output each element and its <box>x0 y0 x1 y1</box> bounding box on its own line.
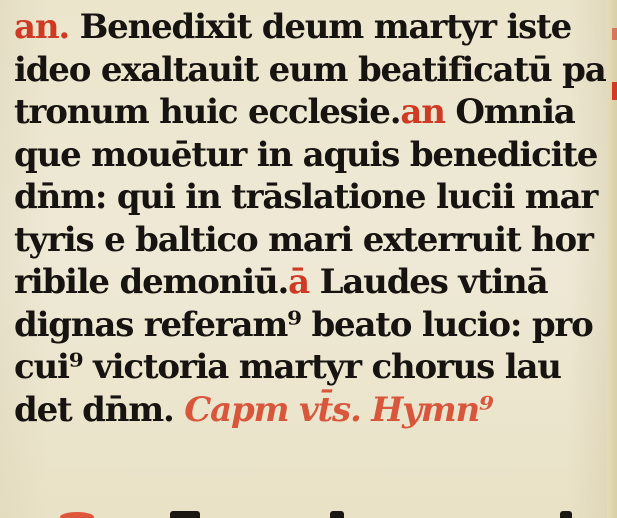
margin-red-mark <box>612 82 617 100</box>
right-margin-edge <box>607 0 617 518</box>
line-text: tronum huic ecclesie. <box>14 92 400 132</box>
blackletter-text-block: an. Benedixit deum martyr iste ideo exal… <box>14 6 594 431</box>
line-text-after: Omnia <box>445 92 575 132</box>
text-line-9: cui⁹ victoria martyr chorus lau <box>14 346 594 389</box>
text-line-7: ribile demoniū.ā Laudes vtinā <box>14 261 594 304</box>
rubric-antiphon-marker: ā <box>288 262 309 302</box>
line-text: ribile demoniū. <box>14 262 288 302</box>
line-text: tyris e baltico mari exterruit hor <box>14 220 593 260</box>
cut-off-next-line <box>0 506 617 518</box>
line-text: cui⁹ victoria martyr chorus lau <box>14 347 561 387</box>
text-line-1: an. Benedixit deum martyr iste <box>14 6 594 49</box>
rubric-heading-capitulum-hymnus: Capm vt̄s. Hymn⁹ <box>174 390 493 430</box>
text-line-3: tronum huic ecclesie.an Omnia <box>14 91 594 134</box>
line-text: Benedixit deum martyr iste <box>69 7 571 47</box>
ink-fragment <box>170 511 200 518</box>
rubric-antiphon-marker: an. <box>14 7 69 47</box>
red-initial-fragment <box>60 512 94 518</box>
line-text-after: Laudes vtinā <box>309 262 547 302</box>
line-text: dn̄m: qui in trāslatione lucii mar <box>14 177 597 217</box>
text-line-2: ideo exaltauit eum beatificatū pa <box>14 49 594 92</box>
scanned-page: an. Benedixit deum martyr iste ideo exal… <box>0 0 617 518</box>
text-line-4: que mouētur in aquis benedicite <box>14 134 594 177</box>
line-text: ideo exaltauit eum beatificatū pa <box>14 50 606 90</box>
line-text: det dn̄m. <box>14 390 174 430</box>
ink-fragment <box>560 511 572 518</box>
text-line-5: dn̄m: qui in trāslatione lucii mar <box>14 176 594 219</box>
rubric-antiphon-marker: an <box>400 92 444 132</box>
line-text: que mouētur in aquis benedicite <box>14 135 597 175</box>
text-line-8: dignas referam⁹ beato lucio: pro <box>14 304 594 347</box>
ink-fragment <box>330 511 344 518</box>
line-text: dignas referam⁹ beato lucio: pro <box>14 305 593 345</box>
margin-red-mark <box>612 28 617 40</box>
text-line-6: tyris e baltico mari exterruit hor <box>14 219 594 262</box>
text-line-10: det dn̄m. Capm vt̄s. Hymn⁹ <box>14 389 594 432</box>
